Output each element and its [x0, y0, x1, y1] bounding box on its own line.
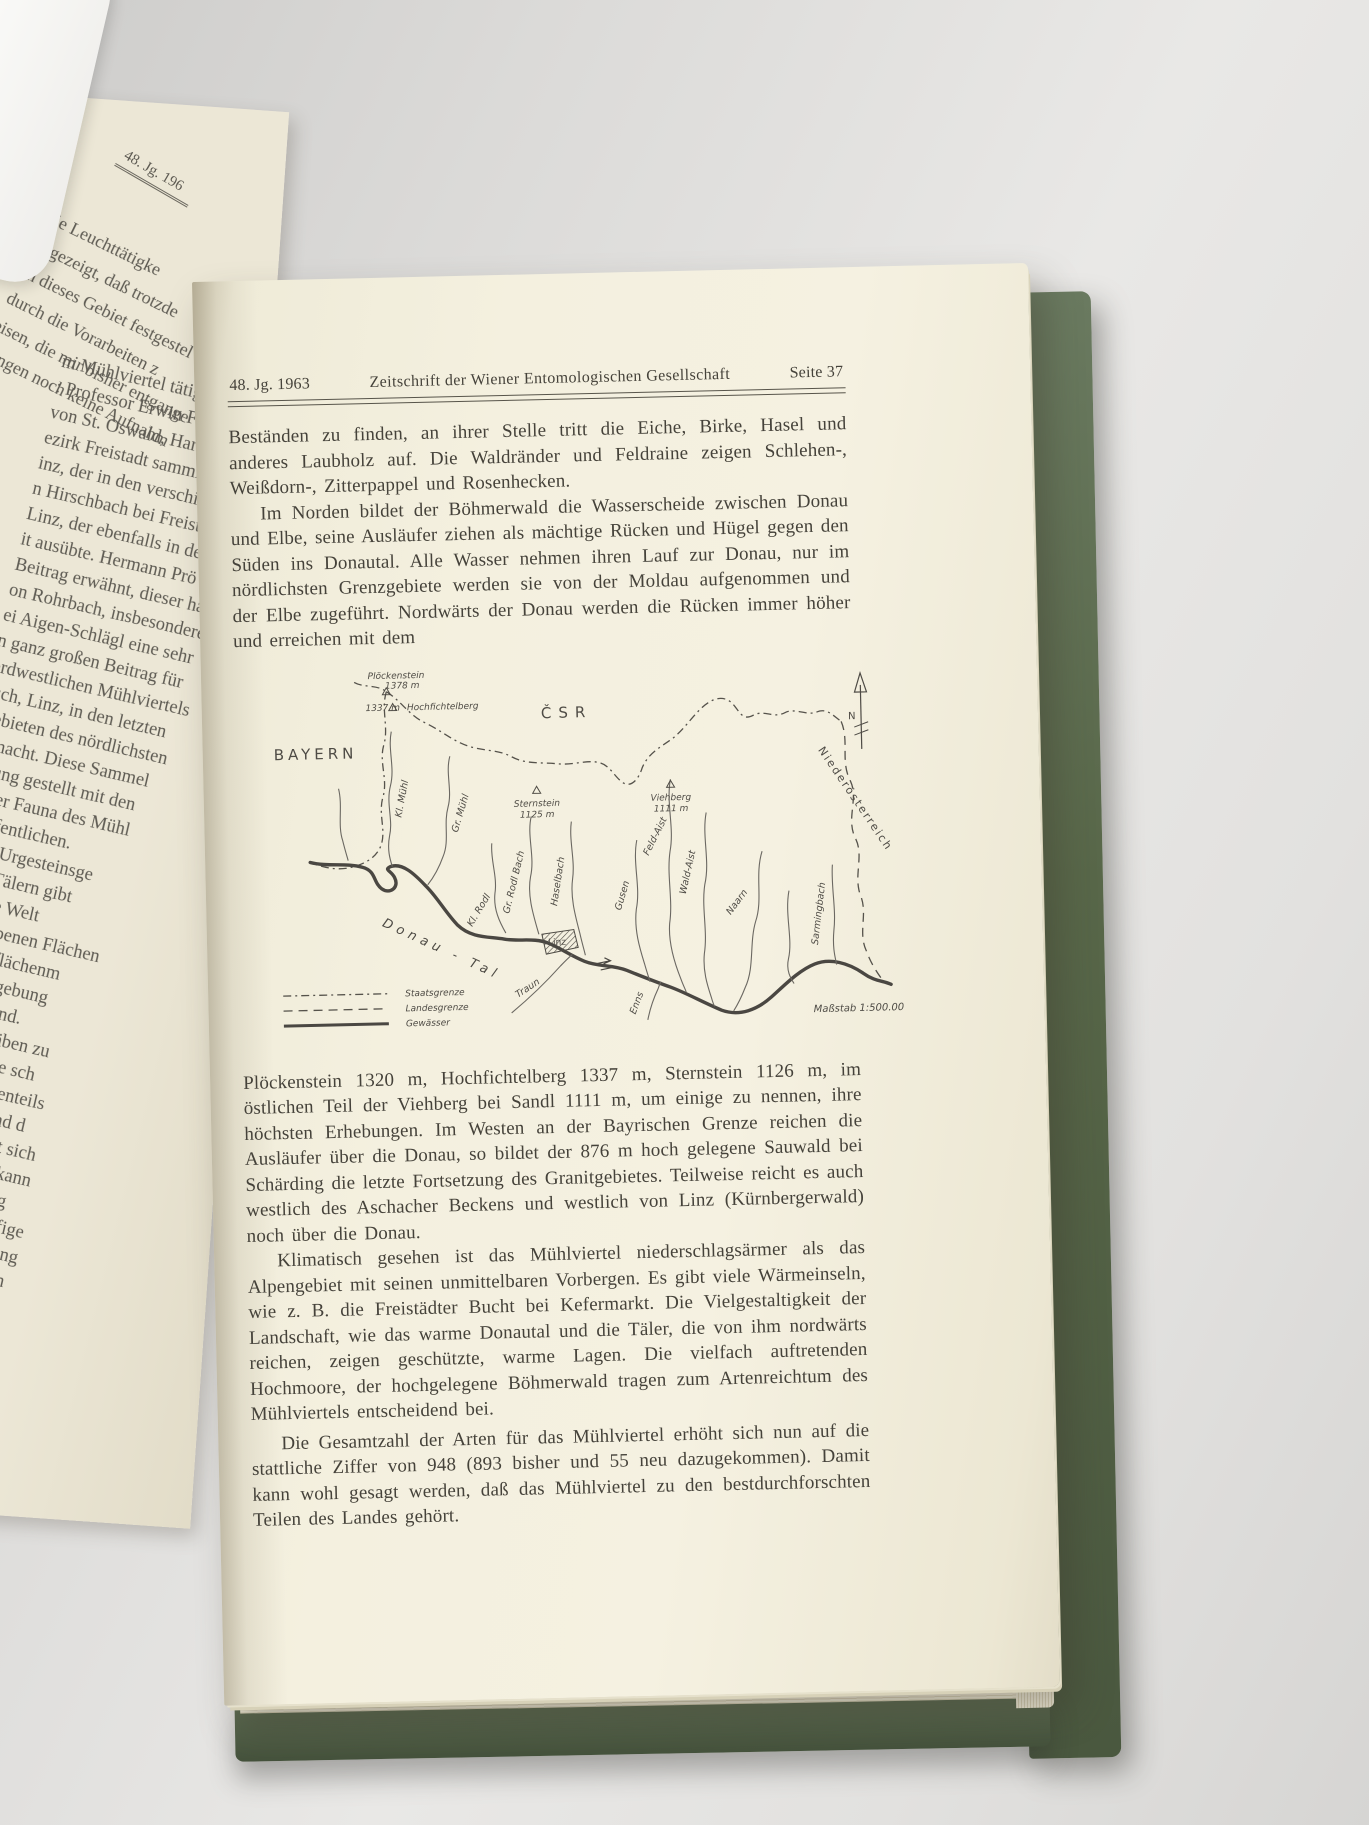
body-text-lower: Plöckenstein 1320 m, Hochfichtelberg 133…	[243, 1057, 871, 1534]
river-naarn	[730, 851, 766, 1011]
river-unnamed-east	[786, 890, 794, 983]
river-kl-rodl	[491, 843, 505, 933]
body-text: Beständen zu finden, an ihrer Stelle tri…	[228, 411, 851, 654]
peak-viehberg-name: Viehberg	[650, 792, 691, 803]
region-niederoesterreich-label: Niederösterreich	[815, 744, 895, 853]
journal-title: Zeitschrift der Wiener Entomologischen G…	[369, 366, 730, 392]
state-border	[306, 671, 844, 869]
peaks: Plöckenstein 1378 m 1337 m Hochfichtelbe…	[365, 664, 692, 823]
map-scale-label: Maßstab 1:500.000	[814, 1001, 905, 1014]
legend-landesgrenze-label: Landesgrenze	[405, 1002, 469, 1013]
legend-gewaesser-label: Gewässer	[406, 1018, 452, 1029]
page-content: 48. Jg. 1963 Zeitschrift der Wiener Ento…	[227, 363, 871, 1533]
donau-tal-label: Donau - Tal	[380, 915, 503, 982]
legend-landesgrenze-line	[284, 1008, 389, 1010]
river-sarmingbach	[832, 864, 837, 964]
peak-ploeckenstein-elev: 1378 m	[385, 680, 420, 691]
peak-hochfichtelberg-name: Hochfichtelberg	[407, 701, 479, 713]
river-gr-rodl-bach	[528, 816, 539, 934]
paragraph-5: Die Gesamtzahl der Arten für das Mühlvie…	[251, 1417, 871, 1533]
region-bayern-label: BAYERN	[274, 744, 358, 764]
peak-viehberg-elev: 1111 m	[654, 803, 689, 814]
river-label: Gr. Rodl Bach	[501, 849, 527, 914]
right-page: 48. Jg. 1963 Zeitschrift der Wiener Ento…	[192, 263, 1060, 1706]
river-label: Sarmingbach	[810, 881, 828, 945]
river-gusen	[634, 839, 650, 981]
page-number: Seite 37	[789, 363, 843, 382]
peak-sternstein-name: Sternstein	[514, 798, 561, 809]
river-label: Kl. Rodl	[465, 891, 493, 928]
river-label: Gusen	[613, 879, 632, 911]
paragraph-4: Klimatisch gesehen ist das Mühlviertel n…	[247, 1235, 869, 1427]
peak-hochfichtelberg-elev: 1337 m	[365, 703, 400, 714]
river-unnamed-west	[339, 788, 349, 860]
legend-staatsgrenze-label: Staatsgrenze	[405, 987, 465, 998]
north-letter: N	[848, 711, 856, 722]
river-enns	[647, 981, 662, 1019]
river-label: Gr. Mühl	[450, 792, 472, 833]
left-page-header-fragment: 48. Jg. 196	[114, 146, 198, 208]
river-label: Naarn	[724, 887, 750, 917]
book-photo-scene: 48. Jg. 196 die Leuchttätigkeer gezeigt,…	[0, 0, 1369, 1825]
river-labels: Kl. Mühl Gr. Mühl Kl. Rodl Gr. Rodl Bach…	[393, 769, 831, 1021]
region-map: Linz Plöckenstein 1378 m 1337 m Hochfich…	[236, 656, 905, 1059]
linz-label: Linz	[548, 937, 566, 947]
river-label: Haselbach	[549, 856, 567, 907]
river-label: Enns	[628, 990, 646, 1015]
peak-sternstein-elev: 1125 m	[520, 809, 555, 820]
paragraph-2: Im Norden bildet der Böhmerwald die Wass…	[230, 488, 851, 655]
river-label: Kl. Mühl	[393, 778, 411, 818]
river-traun	[510, 954, 573, 1012]
peak-viehberg-icon	[666, 780, 674, 787]
paragraph-3: Plöckenstein 1320 m, Hochfichtelberg 133…	[243, 1057, 865, 1249]
journal-volume: 48. Jg. 1963	[229, 375, 310, 395]
legend-staatsgrenze-line	[283, 993, 388, 995]
region-csr-label: ČSR	[541, 702, 593, 722]
land-border	[841, 720, 883, 981]
map-svg: Linz Plöckenstein 1378 m 1337 m Hochfich…	[236, 656, 905, 1059]
river-kl-muehl	[386, 731, 394, 866]
river-wald-aist	[701, 812, 715, 1006]
river-label: Feld-Aist	[641, 814, 670, 857]
river-label: Wald-Aist	[678, 848, 699, 895]
peak-sternstein-icon	[533, 786, 541, 793]
map-legend: Staatsgrenze Landesgrenze Gewässer	[283, 987, 469, 1031]
river-gr-muehl	[425, 756, 453, 885]
river-label: Traun	[514, 976, 542, 1000]
paragraph-1: Beständen zu finden, an ihrer Stelle tri…	[228, 411, 848, 502]
north-arrow-icon: N	[847, 672, 869, 748]
legend-gewaesser-line	[284, 1023, 389, 1025]
